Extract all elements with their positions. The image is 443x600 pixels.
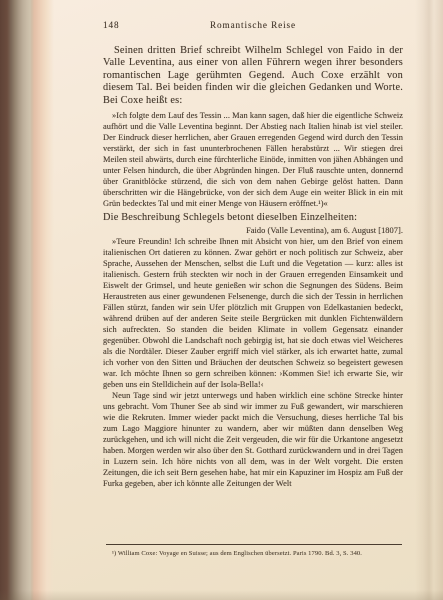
page-number: 148 <box>103 20 119 30</box>
book-page: 148 Romantische Reise Seinen dritten Bri… <box>103 20 403 489</box>
page-header: 148 Romantische Reise <box>103 20 403 33</box>
footnote: ¹) William Coxe: Voyage en Suisse; aus d… <box>112 550 362 557</box>
page-bottom-shadow <box>0 590 443 600</box>
letter-dateline: Faido (Valle Leventina), am 6. August [1… <box>103 225 403 236</box>
book-binding-edge <box>0 0 54 600</box>
coxe-quote-block: »Ich folgte dem Lauf des Tessin ... Man … <box>103 110 403 209</box>
letter-paragraph-1: »Teure Freundin! Ich schreibe Ihnen mit … <box>103 236 403 390</box>
running-title: Romantische Reise <box>103 20 403 30</box>
footnote-rule <box>106 544 402 545</box>
letter-paragraph-2: Neun Tage sind wir jetzt unterwegs und h… <box>103 390 403 489</box>
page-curl-shadow <box>415 0 443 600</box>
intro-paragraph: Seinen dritten Brief schreibt Wilhelm Sc… <box>103 45 403 107</box>
schlegel-intro-line: Die Beschreibung Schlegels betont diesel… <box>103 212 403 224</box>
